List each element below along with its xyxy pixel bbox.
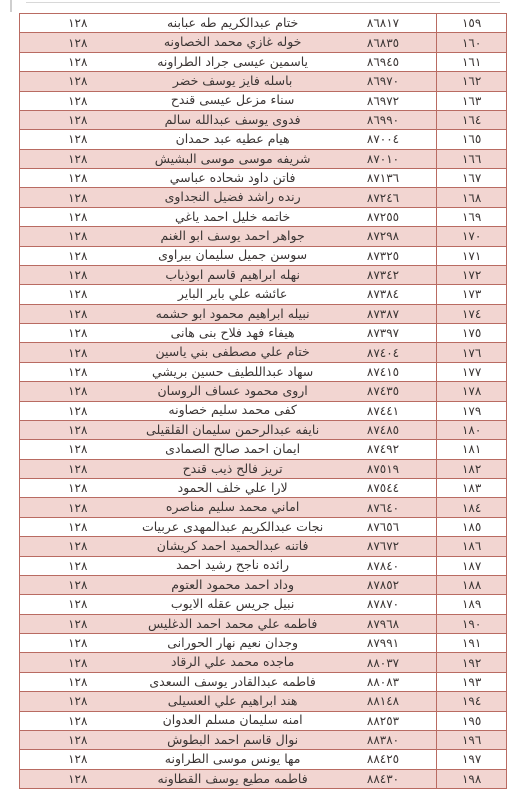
table-row: ١٦٧ ٨٧١٣٦ فاتن داود شحاده عباسي ١٢٨ [20, 169, 506, 188]
table-row: ١٦١ ٨٦٩٤٥ ياسمين عيسى جراد الطراونه ١٢٨ [20, 53, 506, 72]
cell-id-number: ٨٨٤٢٥ [330, 750, 437, 768]
cell-sequence-number: ١٦٣ [436, 92, 506, 110]
cell-person-name: نهله ابراهيم قاسم ابوذياب [136, 266, 330, 284]
cell-person-name: شريفه موسى موسى البشيش [136, 150, 330, 168]
cell-count-value: ١٢٨ [20, 92, 136, 110]
cell-id-number: ٨٧٦٥٦ [330, 518, 437, 536]
cell-id-number: ٨٧٨٧٠ [330, 595, 437, 613]
cell-sequence-number: ١٧٣ [436, 285, 506, 303]
cell-id-number: ٨٧٣٨٧ [330, 305, 437, 323]
table-row: ١٨١ ٨٧٤٩٢ ايمان احمد صالح الصمادى ١٢٨ [20, 440, 506, 459]
table-row: ١٨٩ ٨٧٨٧٠ نبيل جريس عقله الايوب ١٢٨ [20, 595, 506, 614]
table-row: ١٨٦ ٨٧٦٧٢ فاتنه عبدالحميد احمد كريشان ١٢… [20, 537, 506, 556]
table-row: ١٧٤ ٨٧٣٨٧ نبيله ابراهيم محمود ابو حشمه ١… [20, 305, 506, 324]
cell-sequence-number: ١٨٣ [436, 479, 506, 497]
cell-person-name: نبيل جريس عقله الايوب [136, 595, 330, 613]
cell-count-value: ١٢٨ [20, 169, 136, 187]
cell-count-value: ١٢٨ [20, 382, 136, 400]
cell-person-name: رائده ناجح رشيد احمد [136, 557, 330, 575]
cell-count-value: ١٢٨ [20, 111, 136, 129]
cell-sequence-number: ١٨٠ [436, 421, 506, 439]
table-row: ١٩١ ٨٧٩٩١ وجدان نعيم نهار الحورانى ١٢٨ [20, 634, 506, 653]
names-list-table: ١٥٩ ٨٦٨١٧ ختام عبدالكريم طه عبابنه ١٢٨ ١… [19, 13, 507, 789]
cell-person-name: وجدان نعيم نهار الحورانى [136, 634, 330, 652]
cell-id-number: ٨٧٦٧٢ [330, 537, 437, 555]
cell-count-value: ١٢٨ [20, 537, 136, 555]
cell-count-value: ١٢٨ [20, 498, 136, 516]
cell-id-number: ٨٧٠٠٤ [330, 130, 437, 148]
cell-person-name: تريز فالح ذيب قندح [136, 460, 330, 478]
cell-id-number: ٨٧٢٤٦ [330, 188, 437, 206]
cell-count-value: ١٢٨ [20, 479, 136, 497]
cell-person-name: رنده راشد فضيل النجداوى [136, 188, 330, 206]
cell-id-number: ٨٦٩٤٥ [330, 53, 437, 71]
cell-count-value: ١٢٨ [20, 692, 136, 710]
cell-count-value: ١٢٨ [20, 72, 136, 90]
cell-person-name: وداد احمد محمود العتوم [136, 576, 330, 594]
cell-sequence-number: ١٩٢ [436, 653, 506, 671]
cell-sequence-number: ١٦٧ [436, 169, 506, 187]
cell-id-number: ٨٧٩٦٨ [330, 615, 437, 633]
cell-sequence-number: ١٩٣ [436, 673, 506, 691]
cell-sequence-number: ١٩٧ [436, 750, 506, 768]
cell-count-value: ١٢٨ [20, 712, 136, 730]
cell-id-number: ٨٧١٣٦ [330, 169, 437, 187]
table-row: ١٧٢ ٨٧٣٤٢ نهله ابراهيم قاسم ابوذياب ١٢٨ [20, 266, 506, 285]
table-row: ١٨٢ ٨٧٥١٩ تريز فالح ذيب قندح ١٢٨ [20, 460, 506, 479]
cell-count-value: ١٢٨ [20, 363, 136, 381]
cell-id-number: ٨٧٤٩٢ [330, 440, 437, 458]
table-row: ١٨٨ ٨٧٨٥٢ وداد احمد محمود العتوم ١٢٨ [20, 576, 506, 595]
cell-id-number: ٨٦٩٧٠ [330, 72, 437, 90]
cell-sequence-number: ١٨٥ [436, 518, 506, 536]
cell-count-value: ١٢٨ [20, 576, 136, 594]
cell-sequence-number: ١٧٩ [436, 402, 506, 420]
cell-sequence-number: ١٩٥ [436, 712, 506, 730]
cell-sequence-number: ١٦١ [436, 53, 506, 71]
cell-sequence-number: ١٧٦ [436, 343, 506, 361]
cell-id-number: ٨٧٤٨٥ [330, 421, 437, 439]
table-row: ١٧٨ ٨٧٤٣٥ اروى محمود عساف الروسان ١٢٨ [20, 382, 506, 401]
cell-count-value: ١٢٨ [20, 750, 136, 768]
table-row: ١٧٦ ٨٧٤٠٤ ختام علي مصطفى بني ياسين ١٢٨ [20, 343, 506, 362]
table-row: ١٥٩ ٨٦٨١٧ ختام عبدالكريم طه عبابنه ١٢٨ [20, 14, 506, 33]
cell-id-number: ٨٧٢٥٥ [330, 208, 437, 226]
cell-person-name: ختام علي مصطفى بني ياسين [136, 343, 330, 361]
cell-count-value: ١٢٨ [20, 130, 136, 148]
table-row: ١٦٠ ٨٦٨٣٥ خوله غازي محمد الخصاونه ١٢٨ [20, 33, 506, 52]
table-row: ١٧٥ ٨٧٣٩٧ هيفاء فهد فلاح بنى هانى ١٢٨ [20, 324, 506, 343]
cell-count-value: ١٢٨ [20, 33, 136, 51]
cell-id-number: ٨٨٠٣٧ [330, 653, 437, 671]
cell-person-name: هند ابراهيم علي العسيلى [136, 692, 330, 710]
cell-id-number: ٨٧٠١٠ [330, 150, 437, 168]
cell-person-name: فاتنه عبدالحميد احمد كريشان [136, 537, 330, 555]
cell-id-number: ٨٧٨٤٠ [330, 557, 437, 575]
table-row: ١٧٠ ٨٧٢٩٨ جواهر احمد يوسف ابو الغنم ١٢٨ [20, 227, 506, 246]
cell-sequence-number: ١٨٤ [436, 498, 506, 516]
cell-sequence-number: ١٩٤ [436, 692, 506, 710]
scan-artifact-tick [10, 0, 12, 12]
cell-count-value: ١٢٨ [20, 653, 136, 671]
cell-person-name: فاطمه علي محمد احمد الدغليس [136, 615, 330, 633]
cell-count-value: ١٢٨ [20, 615, 136, 633]
cell-person-name: ايمان احمد صالح الصمادى [136, 440, 330, 458]
table-row: ١٩٤ ٨٨١٤٨ هند ابراهيم علي العسيلى ١٢٨ [20, 692, 506, 711]
cell-sequence-number: ١٧٢ [436, 266, 506, 284]
cell-person-name: لارا علي خلف الحمود [136, 479, 330, 497]
table-row: ١٩٠ ٨٧٩٦٨ فاطمه علي محمد احمد الدغليس ١٢… [20, 615, 506, 634]
table-row: ١٧١ ٨٧٣٢٥ سوسن جميل سليمان بيراوى ١٢٨ [20, 247, 506, 266]
cell-count-value: ١٢٨ [20, 440, 136, 458]
cell-count-value: ١٢٨ [20, 14, 136, 32]
table-row: ١٨٠ ٨٧٤٨٥ نايفه عبدالرحمن سليمان القلقيل… [20, 421, 506, 440]
cell-sequence-number: ١٨٦ [436, 537, 506, 555]
cell-id-number: ٨٨٢٥٣ [330, 712, 437, 730]
table-row: ١٩٢ ٨٨٠٣٧ ماجده محمد علي الرقاد ١٢٨ [20, 653, 506, 672]
cell-person-name: سناء مزعل عيسى قندح [136, 92, 330, 110]
cell-count-value: ١٢٨ [20, 518, 136, 536]
table-row: ١٩٦ ٨٨٣٨٠ نوال قاسم احمد البطوش ١٢٨ [20, 731, 506, 750]
cell-person-name: نبيله ابراهيم محمود ابو حشمه [136, 305, 330, 323]
cell-person-name: ياسمين عيسى جراد الطراونه [136, 53, 330, 71]
table-row: ١٦٥ ٨٧٠٠٤ هيام عطيه عبد حمدان ١٢٨ [20, 130, 506, 149]
table-row: ١٧٩ ٨٧٤٤١ كفى محمد سليم خصاونه ١٢٨ [20, 402, 506, 421]
cell-count-value: ١٢٨ [20, 305, 136, 323]
table-row: ١٨٥ ٨٧٦٥٦ نجات عبدالكريم عبدالمهدى عربيا… [20, 518, 506, 537]
cell-sequence-number: ١٧٧ [436, 363, 506, 381]
cell-sequence-number: ١٨٩ [436, 595, 506, 613]
cell-sequence-number: ١٩٠ [436, 615, 506, 633]
cell-sequence-number: ١٧٤ [436, 305, 506, 323]
cell-count-value: ١٢٨ [20, 188, 136, 206]
table-row: ١٦٤ ٨٦٩٩٠ فدوى يوسف عبدالله سالم ١٢٨ [20, 111, 506, 130]
cell-person-name: نايفه عبدالرحمن سليمان القلقيلى [136, 421, 330, 439]
cell-sequence-number: ١٩٨ [436, 770, 506, 788]
table-row: ١٧٣ ٨٧٣٨٤ عائشه علي باير الباير ١٢٨ [20, 285, 506, 304]
cell-sequence-number: ١٦٩ [436, 208, 506, 226]
cell-count-value: ١٢٨ [20, 460, 136, 478]
cell-id-number: ٨٨١٤٨ [330, 692, 437, 710]
table-row: ١٧٧ ٨٧٤١٥ سهاد عبداللطيف حسين بريشي ١٢٨ [20, 363, 506, 382]
cell-sequence-number: ١٩١ [436, 634, 506, 652]
table-row: ١٨٤ ٨٧٦٤٠ اماني محمد سليم مناصره ١٢٨ [20, 498, 506, 517]
cell-person-name: سوسن جميل سليمان بيراوى [136, 247, 330, 265]
cell-person-name: فاطمه عبدالقادر يوسف السعدى [136, 673, 330, 691]
cell-count-value: ١٢٨ [20, 343, 136, 361]
cell-sequence-number: ١٦٠ [436, 33, 506, 51]
cell-id-number: ٨٦٩٧٢ [330, 92, 437, 110]
scan-artifact-line [26, 2, 500, 3]
cell-id-number: ٨٨٣٨٠ [330, 731, 437, 749]
cell-id-number: ٨٧٣٨٤ [330, 285, 437, 303]
cell-person-name: فاطمه مطيع يوسف القطاونه [136, 770, 330, 788]
cell-id-number: ٨٧٦٤٠ [330, 498, 437, 516]
table-row: ١٩٨ ٨٨٤٣٠ فاطمه مطيع يوسف القطاونه ١٢٨ [20, 770, 506, 788]
cell-id-number: ٨٧٤١٥ [330, 363, 437, 381]
cell-count-value: ١٢٨ [20, 634, 136, 652]
cell-sequence-number: ١٧١ [436, 247, 506, 265]
cell-count-value: ١٢٨ [20, 421, 136, 439]
cell-person-name: خاتمه خليل احمد ياغي [136, 208, 330, 226]
cell-sequence-number: ١٧٨ [436, 382, 506, 400]
cell-person-name: اروى محمود عساف الروسان [136, 382, 330, 400]
cell-sequence-number: ١٨٢ [436, 460, 506, 478]
cell-count-value: ١٢٨ [20, 208, 136, 226]
cell-id-number: ٨٧٥١٩ [330, 460, 437, 478]
table-row: ١٩٧ ٨٨٤٢٥ مها يونس موسى الطراونه ١٢٨ [20, 750, 506, 769]
cell-count-value: ١٢٨ [20, 402, 136, 420]
cell-id-number: ٨٧٨٥٢ [330, 576, 437, 594]
cell-id-number: ٨٧٤٠٤ [330, 343, 437, 361]
cell-id-number: ٨٧٩٩١ [330, 634, 437, 652]
cell-sequence-number: ١٥٩ [436, 14, 506, 32]
cell-id-number: ٨٧٣٢٥ [330, 247, 437, 265]
cell-person-name: امنه سليمان مسلم العدوان [136, 712, 330, 730]
cell-person-name: اماني محمد سليم مناصره [136, 498, 330, 516]
cell-sequence-number: ١٩٦ [436, 731, 506, 749]
cell-sequence-number: ١٦٨ [436, 188, 506, 206]
cell-sequence-number: ١٨١ [436, 440, 506, 458]
table-row: ١٦٨ ٨٧٢٤٦ رنده راشد فضيل النجداوى ١٢٨ [20, 188, 506, 207]
cell-id-number: ٨٧٤٤١ [330, 402, 437, 420]
cell-person-name: هيفاء فهد فلاح بنى هانى [136, 324, 330, 342]
table-row: ١٩٣ ٨٨٠٨٣ فاطمه عبدالقادر يوسف السعدى ١٢… [20, 673, 506, 692]
table-row: ١٦٣ ٨٦٩٧٢ سناء مزعل عيسى قندح ١٢٨ [20, 92, 506, 111]
cell-sequence-number: ١٨٧ [436, 557, 506, 575]
cell-sequence-number: ١٦٢ [436, 72, 506, 90]
cell-person-name: جواهر احمد يوسف ابو الغنم [136, 227, 330, 245]
cell-person-name: خوله غازي محمد الخصاونه [136, 33, 330, 51]
cell-id-number: ٨٦٩٩٠ [330, 111, 437, 129]
cell-count-value: ١٢٨ [20, 770, 136, 788]
cell-person-name: نجات عبدالكريم عبدالمهدى عربيات [136, 518, 330, 536]
cell-id-number: ٨٧٥٤٤ [330, 479, 437, 497]
table-row: ١٦٦ ٨٧٠١٠ شريفه موسى موسى البشيش ١٢٨ [20, 150, 506, 169]
cell-person-name: باسله فايز يوسف خضر [136, 72, 330, 90]
cell-count-value: ١٢٨ [20, 285, 136, 303]
cell-id-number: ٨٦٨١٧ [330, 14, 437, 32]
cell-person-name: ماجده محمد علي الرقاد [136, 653, 330, 671]
cell-person-name: فاتن داود شحاده عباسي [136, 169, 330, 187]
cell-count-value: ١٢٨ [20, 595, 136, 613]
cell-count-value: ١٢٨ [20, 324, 136, 342]
cell-person-name: مها يونس موسى الطراونه [136, 750, 330, 768]
cell-id-number: ٨٧٣٩٧ [330, 324, 437, 342]
cell-count-value: ١٢٨ [20, 557, 136, 575]
cell-id-number: ٨٨٠٨٣ [330, 673, 437, 691]
cell-id-number: ٨٨٤٣٠ [330, 770, 437, 788]
cell-person-name: ختام عبدالكريم طه عبابنه [136, 14, 330, 32]
cell-sequence-number: ١٦٥ [436, 130, 506, 148]
cell-person-name: سهاد عبداللطيف حسين بريشي [136, 363, 330, 381]
cell-count-value: ١٢٨ [20, 266, 136, 284]
cell-person-name: عائشه علي باير الباير [136, 285, 330, 303]
table-row: ١٦٩ ٨٧٢٥٥ خاتمه خليل احمد ياغي ١٢٨ [20, 208, 506, 227]
cell-sequence-number: ١٧٥ [436, 324, 506, 342]
cell-id-number: ٨٦٨٣٥ [330, 33, 437, 51]
cell-id-number: ٨٧٢٩٨ [330, 227, 437, 245]
table-row: ١٨٣ ٨٧٥٤٤ لارا علي خلف الحمود ١٢٨ [20, 479, 506, 498]
table-row: ١٩٥ ٨٨٢٥٣ امنه سليمان مسلم العدوان ١٢٨ [20, 712, 506, 731]
table-row: ١٨٧ ٨٧٨٤٠ رائده ناجح رشيد احمد ١٢٨ [20, 557, 506, 576]
cell-sequence-number: ١٦٤ [436, 111, 506, 129]
table-row: ١٦٢ ٨٦٩٧٠ باسله فايز يوسف خضر ١٢٨ [20, 72, 506, 91]
cell-person-name: نوال قاسم احمد البطوش [136, 731, 330, 749]
cell-count-value: ١٢٨ [20, 673, 136, 691]
cell-person-name: كفى محمد سليم خصاونه [136, 402, 330, 420]
cell-count-value: ١٢٨ [20, 731, 136, 749]
cell-id-number: ٨٧٣٤٢ [330, 266, 437, 284]
cell-count-value: ١٢٨ [20, 227, 136, 245]
cell-sequence-number: ١٧٠ [436, 227, 506, 245]
cell-person-name: فدوى يوسف عبدالله سالم [136, 111, 330, 129]
cell-sequence-number: ١٦٦ [436, 150, 506, 168]
cell-sequence-number: ١٨٨ [436, 576, 506, 594]
cell-person-name: هيام عطيه عبد حمدان [136, 130, 330, 148]
cell-count-value: ١٢٨ [20, 150, 136, 168]
cell-count-value: ١٢٨ [20, 247, 136, 265]
cell-id-number: ٨٧٤٣٥ [330, 382, 437, 400]
cell-count-value: ١٢٨ [20, 53, 136, 71]
